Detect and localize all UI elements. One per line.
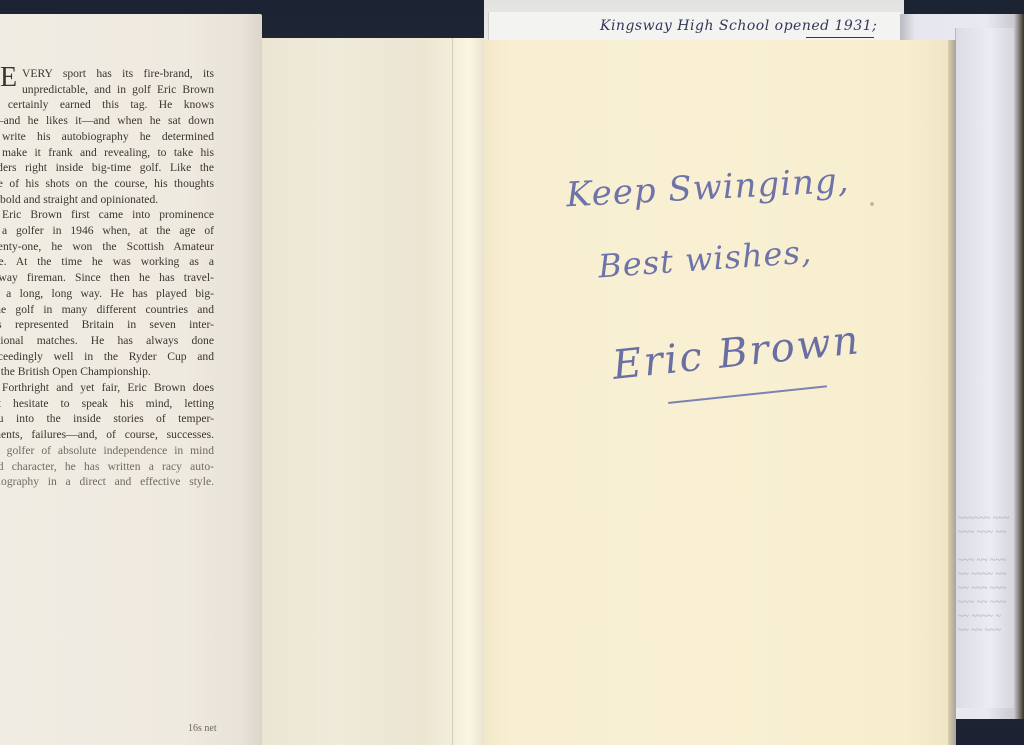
blurb-line: nd character, he has written a racy auto… [0,459,214,475]
blurb-line: xceedingly well in the Ryder Cup and [0,349,214,365]
note-underline [806,37,874,38]
blurb-line: venty-one, he won the Scottish Amateur [0,239,214,255]
blurb-line: tle. At the time he was working as a [0,254,214,270]
signed-endpaper [484,40,952,745]
blurb-line: ou into the inside stories of temper- [0,411,214,427]
blurb-line: s certainly earned this tag. He knows [0,97,214,113]
blurb-line: aders right inside big-time golf. Like t… [0,160,214,176]
blurb-line: e bold and straight and opinionated. [0,192,214,208]
blurb-line: a golfer in 1946 when, at the age of [0,223,214,239]
blurb-line: ot hesitate to speak his mind, letting [0,396,214,412]
blurb-line: VERY sport has its fire-brand, its [0,66,214,82]
blurb-line: ne of his shots on the course, his thoug… [0,176,214,192]
blurb-line: —and he likes it—and when he sat down [0,113,214,129]
handwritten-note: Kingsway High School opened 1931; [600,18,900,34]
endpaper-edge [948,40,956,745]
blurb-line: Eric Brown first came into prominence [0,207,214,223]
blurb-line: unpredictable, and in golf Eric Brown [0,82,214,98]
blurb-line: ilway fireman. Since then he has travel- [0,270,214,286]
blurb-line: me golf in many different countries and [0,302,214,318]
page-crease [452,38,453,745]
blurb-line: d a long, long way. He has played big- [0,286,214,302]
blurb-line: make it frank and revealing, to take his [0,145,214,161]
blurb-line: as represented Britain in seven inter- [0,317,214,333]
paper-speck [870,202,874,206]
blurb-line: ational matches. He has always done [0,333,214,349]
blurb-line: write his autobiography he determined [0,129,214,145]
blurb-line: n the British Open Championship. [0,364,214,380]
price-label: 16s net [188,723,217,734]
blurb-line: biography in a direct and effective styl… [0,474,214,490]
show-through-text: ~~~~~~ ~~~~~~ ~~~ ~~~~~ ~~ ~~~~~ ~~~~ ~~… [958,512,1012,652]
blurb-line: A golfer of absolute independence in min… [0,443,214,459]
dust-jacket-flap: E VERY sport has its fire-brand, its unp… [0,14,262,745]
blurb-line: ments, failures—and, of course, successe… [0,427,214,443]
blurb-text: VERY sport has its fire-brand, its unpre… [0,66,214,490]
middle-page-block [244,38,484,745]
blurb-line: Forthright and yet fair, Eric Brown does [0,380,214,396]
